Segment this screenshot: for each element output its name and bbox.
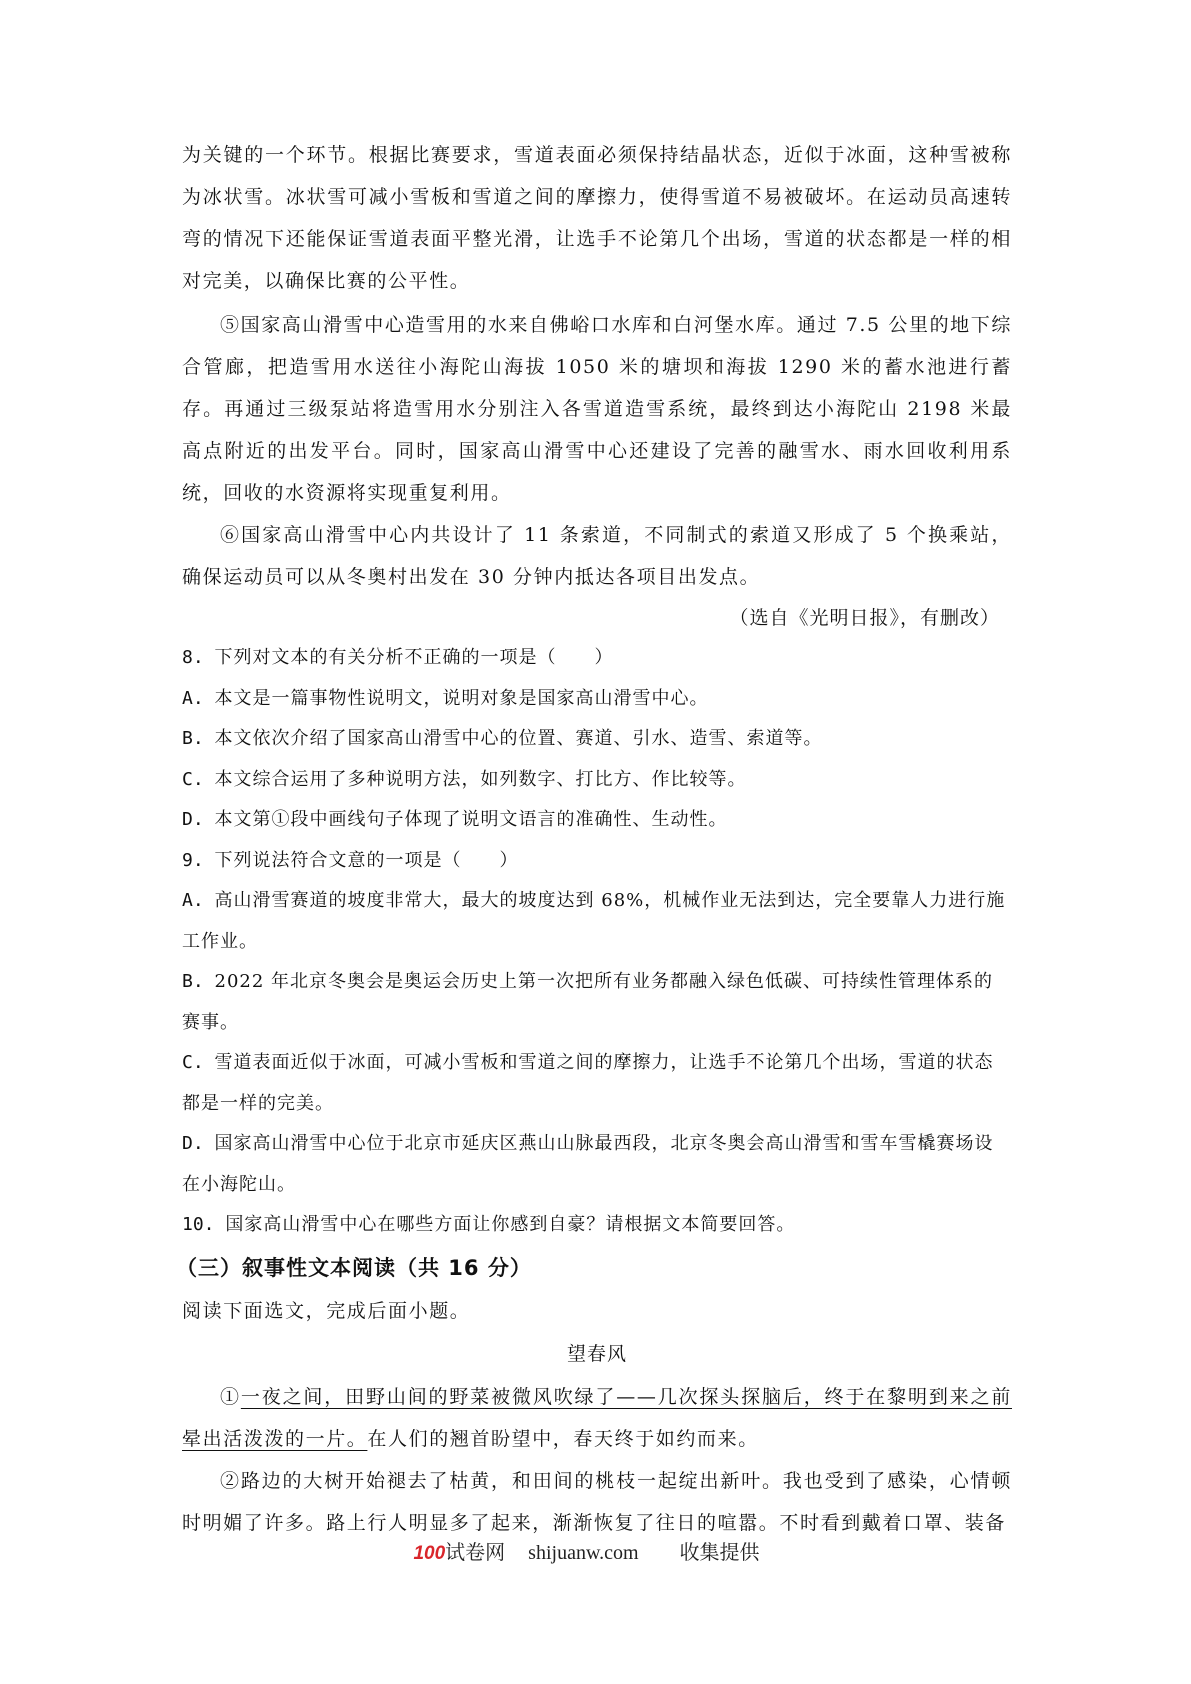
- option-text: 本文依次介绍了国家高山滑雪中心的位置、赛道、引水、造雪、索道等。: [215, 728, 823, 749]
- passage-title: 望春风: [182, 1332, 1012, 1376]
- option-label: D.: [182, 1133, 204, 1154]
- option-d: D. 本文第①段中画线句子体现了说明文语言的准确性、生动性。: [182, 800, 1012, 841]
- option-label: C.: [182, 769, 204, 790]
- question-stem: 9. 下列说法符合文意的一项是（ ）: [182, 841, 1012, 882]
- option-text: 国家高山滑雪中心位于北京市延庆区燕山山脉最西段，北京冬奥会高山滑雪和雪车雪橇赛场…: [182, 1133, 994, 1195]
- section-heading: （三）叙事性文本阅读（共 16 分）: [176, 1246, 1012, 1290]
- option-label: B.: [182, 971, 204, 992]
- option-b: B. 2022 年北京冬奥会是奥运会历史上第一次把所有业务都融入绿色低碳、可持续…: [182, 962, 1012, 1043]
- exam-page: 为关键的一个环节。根据比赛要求，雪道表面必须保持结晶状态，近似于冰面，这种雪被称…: [182, 134, 1012, 1544]
- option-label: A.: [182, 890, 204, 911]
- passage-paragraph-4-tail: 为关键的一个环节。根据比赛要求，雪道表面必须保持结晶状态，近似于冰面，这种雪被称…: [182, 134, 1012, 302]
- option-a: A. 高山滑雪赛道的坡度非常大，最大的坡度达到 68%，机械作业无法到达，完全要…: [182, 881, 1012, 962]
- option-text: 本文综合运用了多种说明方法，如列数字、打比方、作比较等。: [215, 769, 747, 790]
- option-text: 2022 年北京冬奥会是奥运会历史上第一次把所有业务都融入绿色低碳、可持续性管理…: [182, 971, 993, 1033]
- question-text: 国家高山滑雪中心在哪些方面让你感到自豪？请根据文本简要回答。: [225, 1214, 795, 1235]
- footer-credit: 收集提供: [680, 1542, 760, 1564]
- story-paragraph-2: ②路边的大树开始褪去了枯黄，和田间的桃枝一起绽出新叶。我也受到了感染，心情顿时明…: [182, 1460, 1012, 1544]
- option-text: 本文第①段中画线句子体现了说明文语言的准确性、生动性。: [215, 809, 728, 830]
- page-footer: 100试卷网 shijuanw.com 收集提供: [0, 1536, 1191, 1565]
- question-number: 8.: [182, 647, 204, 668]
- option-label: A.: [182, 688, 204, 709]
- site-logo-icon: 100: [413, 1543, 445, 1564]
- option-label: C.: [182, 1052, 204, 1073]
- paragraph-text: 在人们的翘首盼望中，春天终于如约而来。: [367, 1428, 758, 1450]
- option-a: A. 本文是一篇事物性说明文，说明对象是国家高山滑雪中心。: [182, 679, 1012, 720]
- question-text: 下列说法符合文意的一项是（ ）: [215, 850, 519, 871]
- story-paragraph-1: ①一夜之间，田野山间的野菜被微风吹绿了——几次探头探脑后，终于在黎明到来之前晕出…: [182, 1376, 1012, 1460]
- question-stem: 10. 国家高山滑雪中心在哪些方面让你感到自豪？请根据文本简要回答。: [182, 1205, 1012, 1246]
- option-text: 雪道表面近似于冰面，可减小雪板和雪道之间的摩擦力，让选手不论第几个出场，雪道的状…: [182, 1052, 994, 1114]
- option-label: B.: [182, 728, 204, 749]
- site-name: 试卷网: [445, 1542, 505, 1564]
- passage-paragraph-6: ⑥国家高山滑雪中心内共设计了 11 条索道，不同制式的索道又形成了 5 个换乘站…: [182, 514, 1012, 598]
- question-9: 9. 下列说法符合文意的一项是（ ） A. 高山滑雪赛道的坡度非常大，最大的坡度…: [182, 841, 1012, 1206]
- option-text: 高山滑雪赛道的坡度非常大，最大的坡度达到 68%，机械作业无法到达，完全要靠人力…: [182, 890, 1005, 952]
- paragraph-marker: ①: [220, 1386, 241, 1408]
- option-text: 本文是一篇事物性说明文，说明对象是国家高山滑雪中心。: [215, 688, 709, 709]
- option-d: D. 国家高山滑雪中心位于北京市延庆区燕山山脉最西段，北京冬奥会高山滑雪和雪车雪…: [182, 1124, 1012, 1205]
- section-instruction: 阅读下面选文，完成后面小题。: [182, 1290, 1012, 1332]
- question-stem: 8. 下列对文本的有关分析不正确的一项是（ ）: [182, 638, 1012, 679]
- question-8: 8. 下列对文本的有关分析不正确的一项是（ ） A. 本文是一篇事物性说明文，说…: [182, 638, 1012, 841]
- passage-paragraph-5: ⑤国家高山滑雪中心造雪用的水来自佛峪口水库和白河堡水库。通过 7.5 公里的地下…: [182, 304, 1012, 514]
- option-c: C. 本文综合运用了多种说明方法，如列数字、打比方、作比较等。: [182, 760, 1012, 801]
- option-c: C. 雪道表面近似于冰面，可减小雪板和雪道之间的摩擦力，让选手不论第几个出场，雪…: [182, 1043, 1012, 1124]
- question-number: 9.: [182, 850, 204, 871]
- question-text: 下列对文本的有关分析不正确的一项是（ ）: [215, 647, 614, 668]
- question-10: 10. 国家高山滑雪中心在哪些方面让你感到自豪？请根据文本简要回答。: [182, 1205, 1012, 1246]
- option-label: D.: [182, 809, 204, 830]
- site-domain: shijuanw.com: [528, 1542, 638, 1564]
- source-citation: （选自《光明日报》，有删改）: [182, 598, 1012, 638]
- question-number: 10.: [182, 1214, 215, 1235]
- option-b: B. 本文依次介绍了国家高山滑雪中心的位置、赛道、引水、造雪、索道等。: [182, 719, 1012, 760]
